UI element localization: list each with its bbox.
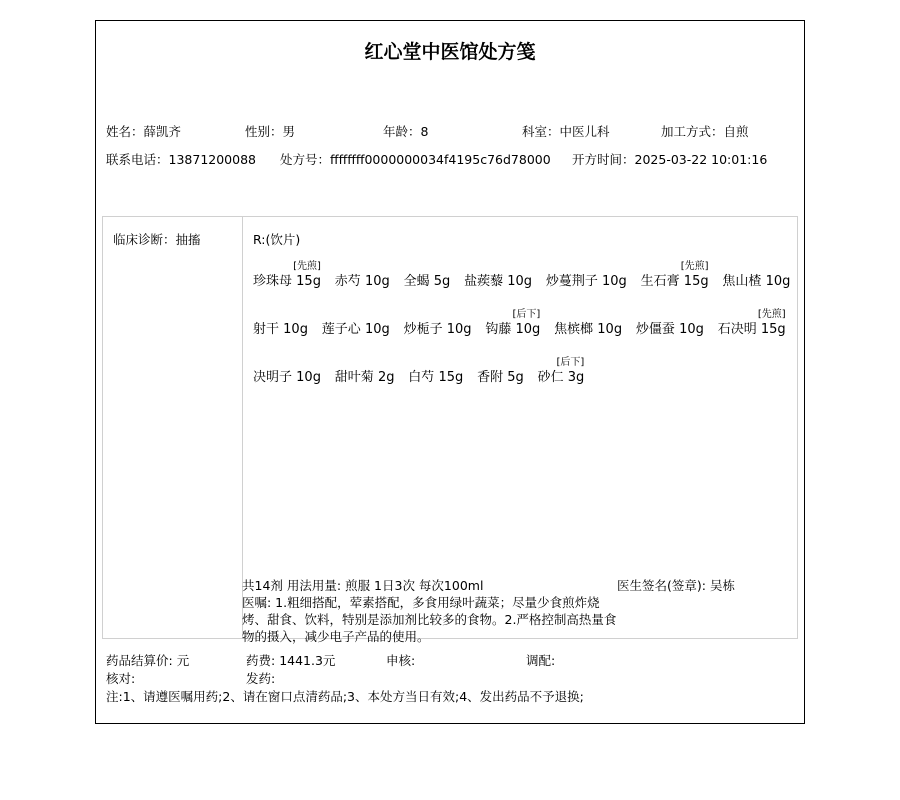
herb-item: [先煎]石决明 15g bbox=[718, 305, 786, 337]
herb-dose: 10g bbox=[296, 370, 321, 385]
prescription-sheet: 红心堂中医馆处方笺 姓名：薛凯齐 性别：男 年龄：8 科室：中医儿科 加工方式：… bbox=[95, 20, 805, 724]
diagnosis-column: 临床诊断：抽搐 bbox=[103, 217, 243, 638]
herb-dose: 2g bbox=[378, 370, 395, 385]
herb-item: 盐蒺藜 10g bbox=[464, 257, 532, 289]
herb-dose: 5g bbox=[507, 370, 524, 385]
herb-name: 盐蒺藜 bbox=[464, 274, 503, 289]
settle-price: 药品结算价: 元 bbox=[106, 651, 189, 669]
fee-label: 药费: bbox=[246, 653, 279, 668]
page-title: 红心堂中医馆处方笺 bbox=[96, 37, 804, 64]
herb-dose: 15g bbox=[296, 274, 321, 289]
herb-item: 全蝎 5g bbox=[404, 257, 451, 289]
herb-item: 白芍 15g bbox=[408, 353, 463, 385]
herb-item: 炒栀子 10g bbox=[404, 305, 472, 337]
phone-label: 联系电话： bbox=[106, 152, 169, 167]
herb-item: 莲子心 10g bbox=[322, 305, 390, 337]
herb-dose: 10g bbox=[365, 274, 390, 289]
herb-name: 炒蔓荆子 bbox=[546, 274, 598, 289]
herb-dose: 10g bbox=[516, 322, 541, 337]
medical-advice: 医嘱: 1.粗细搭配，荤素搭配，多食用绿叶蔬菜；尽量少食煎炸烧烤、甜食、饮料，特… bbox=[242, 594, 622, 645]
rx-time-label: 开方时间： bbox=[572, 152, 635, 167]
herb-dose: 10g bbox=[283, 322, 308, 337]
herb-name: 莲子心 bbox=[322, 322, 361, 337]
herb-item: 香附 5g bbox=[477, 353, 524, 385]
rx-time: 开方时间：2025-03-22 10:01:16 bbox=[572, 150, 767, 168]
herb-name: 珍珠母 bbox=[253, 274, 292, 289]
herb-name: 白芍 bbox=[408, 370, 434, 385]
herb-tag: [先煎] bbox=[681, 257, 709, 272]
review: 申核: bbox=[386, 651, 415, 669]
herb-name: 炒栀子 bbox=[404, 322, 443, 337]
drug-fee: 药费: 1441.3元 bbox=[246, 651, 335, 669]
herb-dose: 10g bbox=[597, 322, 622, 337]
herb-line-1: [先煎]珍珠母 15g 赤芍 10g 全蝎 5g 盐蒺藜 10g 炒蔓荆子 10… bbox=[253, 257, 800, 297]
diagnosis-label: 临床诊断： bbox=[113, 232, 176, 247]
herb-item: [后下]钩藤 10g bbox=[485, 305, 540, 337]
patient-name: 姓名：薛凯齐 bbox=[106, 122, 181, 140]
herb-item: [先煎]生石膏 15g bbox=[641, 257, 709, 289]
herb-tag: [先煎] bbox=[758, 305, 786, 320]
herb-item: 射干 10g bbox=[253, 305, 308, 337]
settle-value: 元 bbox=[177, 653, 190, 668]
name-label: 姓名： bbox=[106, 124, 144, 139]
gender-label: 性别： bbox=[245, 124, 283, 139]
doctor-signature: 医生签名(签章): 吴栋 bbox=[617, 576, 735, 594]
rx-number-value: ffffffff0000000034f4195c76d78000 bbox=[330, 152, 551, 167]
rx-number: 处方号：ffffffff0000000034f4195c76d78000 bbox=[280, 150, 551, 168]
herb-item: 炒僵蚕 10g bbox=[636, 305, 704, 337]
doctor-name: 吴栋 bbox=[710, 578, 735, 593]
herb-name: 焦槟榔 bbox=[554, 322, 593, 337]
herb-name: 香附 bbox=[477, 370, 503, 385]
herb-item: 决明子 10g bbox=[253, 353, 321, 385]
age-value: 8 bbox=[421, 124, 429, 139]
herb-dose: 10g bbox=[447, 322, 472, 337]
rx-time-value: 2025-03-22 10:01:16 bbox=[635, 152, 768, 167]
herb-dose: 10g bbox=[507, 274, 532, 289]
herb-line-2: 射干 10g 莲子心 10g 炒栀子 10g [后下]钩藤 10g 焦槟榔 10… bbox=[253, 305, 796, 345]
herb-dose: 10g bbox=[679, 322, 704, 337]
age-label: 年龄： bbox=[383, 124, 421, 139]
diagnosis-value: 抽搐 bbox=[176, 232, 201, 247]
herb-name: 钩藤 bbox=[485, 322, 511, 337]
herb-name: 焦山楂 bbox=[722, 274, 761, 289]
herb-item: [先煎]珍珠母 15g bbox=[253, 257, 321, 289]
dept-label: 科室： bbox=[522, 124, 560, 139]
diagnosis: 临床诊断：抽搐 bbox=[113, 230, 201, 248]
herb-name: 生石膏 bbox=[641, 274, 680, 289]
herb-dose: 10g bbox=[602, 274, 627, 289]
herb-dose: 5g bbox=[434, 274, 451, 289]
herb-dose: 10g bbox=[365, 322, 390, 337]
herb-name: 全蝎 bbox=[404, 274, 430, 289]
herb-dose: 15g bbox=[438, 370, 463, 385]
herb-item: 焦山楂 10g bbox=[722, 257, 790, 289]
dispense: 调配: bbox=[526, 651, 555, 669]
check: 核对: bbox=[106, 669, 135, 687]
process-label: 加工方式： bbox=[661, 124, 724, 139]
rx-header: R:(饮片) bbox=[253, 230, 300, 248]
herb-tag: [后下] bbox=[556, 353, 584, 368]
herb-name: 砂仁 bbox=[538, 370, 564, 385]
herb-name: 甜叶菊 bbox=[335, 370, 374, 385]
patient-dept: 科室：中医儿科 bbox=[522, 122, 610, 140]
herb-dose: 10g bbox=[766, 274, 791, 289]
herb-dose: 15g bbox=[684, 274, 709, 289]
patient-age: 年龄：8 bbox=[383, 122, 428, 140]
patient-gender: 性别：男 bbox=[245, 122, 295, 140]
rx-number-label: 处方号： bbox=[280, 152, 330, 167]
herb-item: 甜叶菊 2g bbox=[335, 353, 395, 385]
footer-note: 注:1、请遵医嘱用药;2、请在窗口点清药品;3、本处方当日有效;4、发出药品不予… bbox=[106, 687, 584, 705]
herb-item: 炒蔓荆子 10g bbox=[546, 257, 627, 289]
rx-column: R:(饮片) [先煎]珍珠母 15g 赤芍 10g 全蝎 5g 盐蒺藜 10g … bbox=[243, 217, 797, 638]
doctor-label: 医生签名(签章): bbox=[617, 578, 710, 593]
herb-name: 炒僵蚕 bbox=[636, 322, 675, 337]
phone-value: 13871200088 bbox=[169, 152, 256, 167]
patient-phone: 联系电话：13871200088 bbox=[106, 150, 256, 168]
herb-dose: 15g bbox=[761, 322, 786, 337]
herb-item: [后下]砂仁 3g bbox=[538, 353, 585, 385]
settle-label: 药品结算价: bbox=[106, 653, 177, 668]
usage-dosage: 共14剂 用法用量: 煎服 1日3次 每次100ml bbox=[242, 576, 483, 594]
herb-line-3: 决明子 10g 甜叶菊 2g 白芍 15g 香附 5g [后下]砂仁 3g bbox=[253, 353, 594, 393]
herb-name: 石决明 bbox=[718, 322, 757, 337]
herb-name: 赤芍 bbox=[335, 274, 361, 289]
gender-value: 男 bbox=[283, 124, 296, 139]
herb-name: 决明子 bbox=[253, 370, 292, 385]
process-value: 自煎 bbox=[724, 124, 749, 139]
herb-name: 射干 bbox=[253, 322, 279, 337]
issue: 发药: bbox=[246, 669, 275, 687]
name-value: 薛凯齐 bbox=[144, 124, 182, 139]
herb-dose: 3g bbox=[568, 370, 585, 385]
process-method: 加工方式：自煎 bbox=[661, 122, 749, 140]
herb-item: 焦槟榔 10g bbox=[554, 305, 622, 337]
herb-item: 赤芍 10g bbox=[335, 257, 390, 289]
herb-tag: [先煎] bbox=[293, 257, 321, 272]
dept-value: 中医儿科 bbox=[560, 124, 610, 139]
fee-value: 1441.3元 bbox=[279, 653, 335, 668]
herb-tag: [后下] bbox=[512, 305, 540, 320]
